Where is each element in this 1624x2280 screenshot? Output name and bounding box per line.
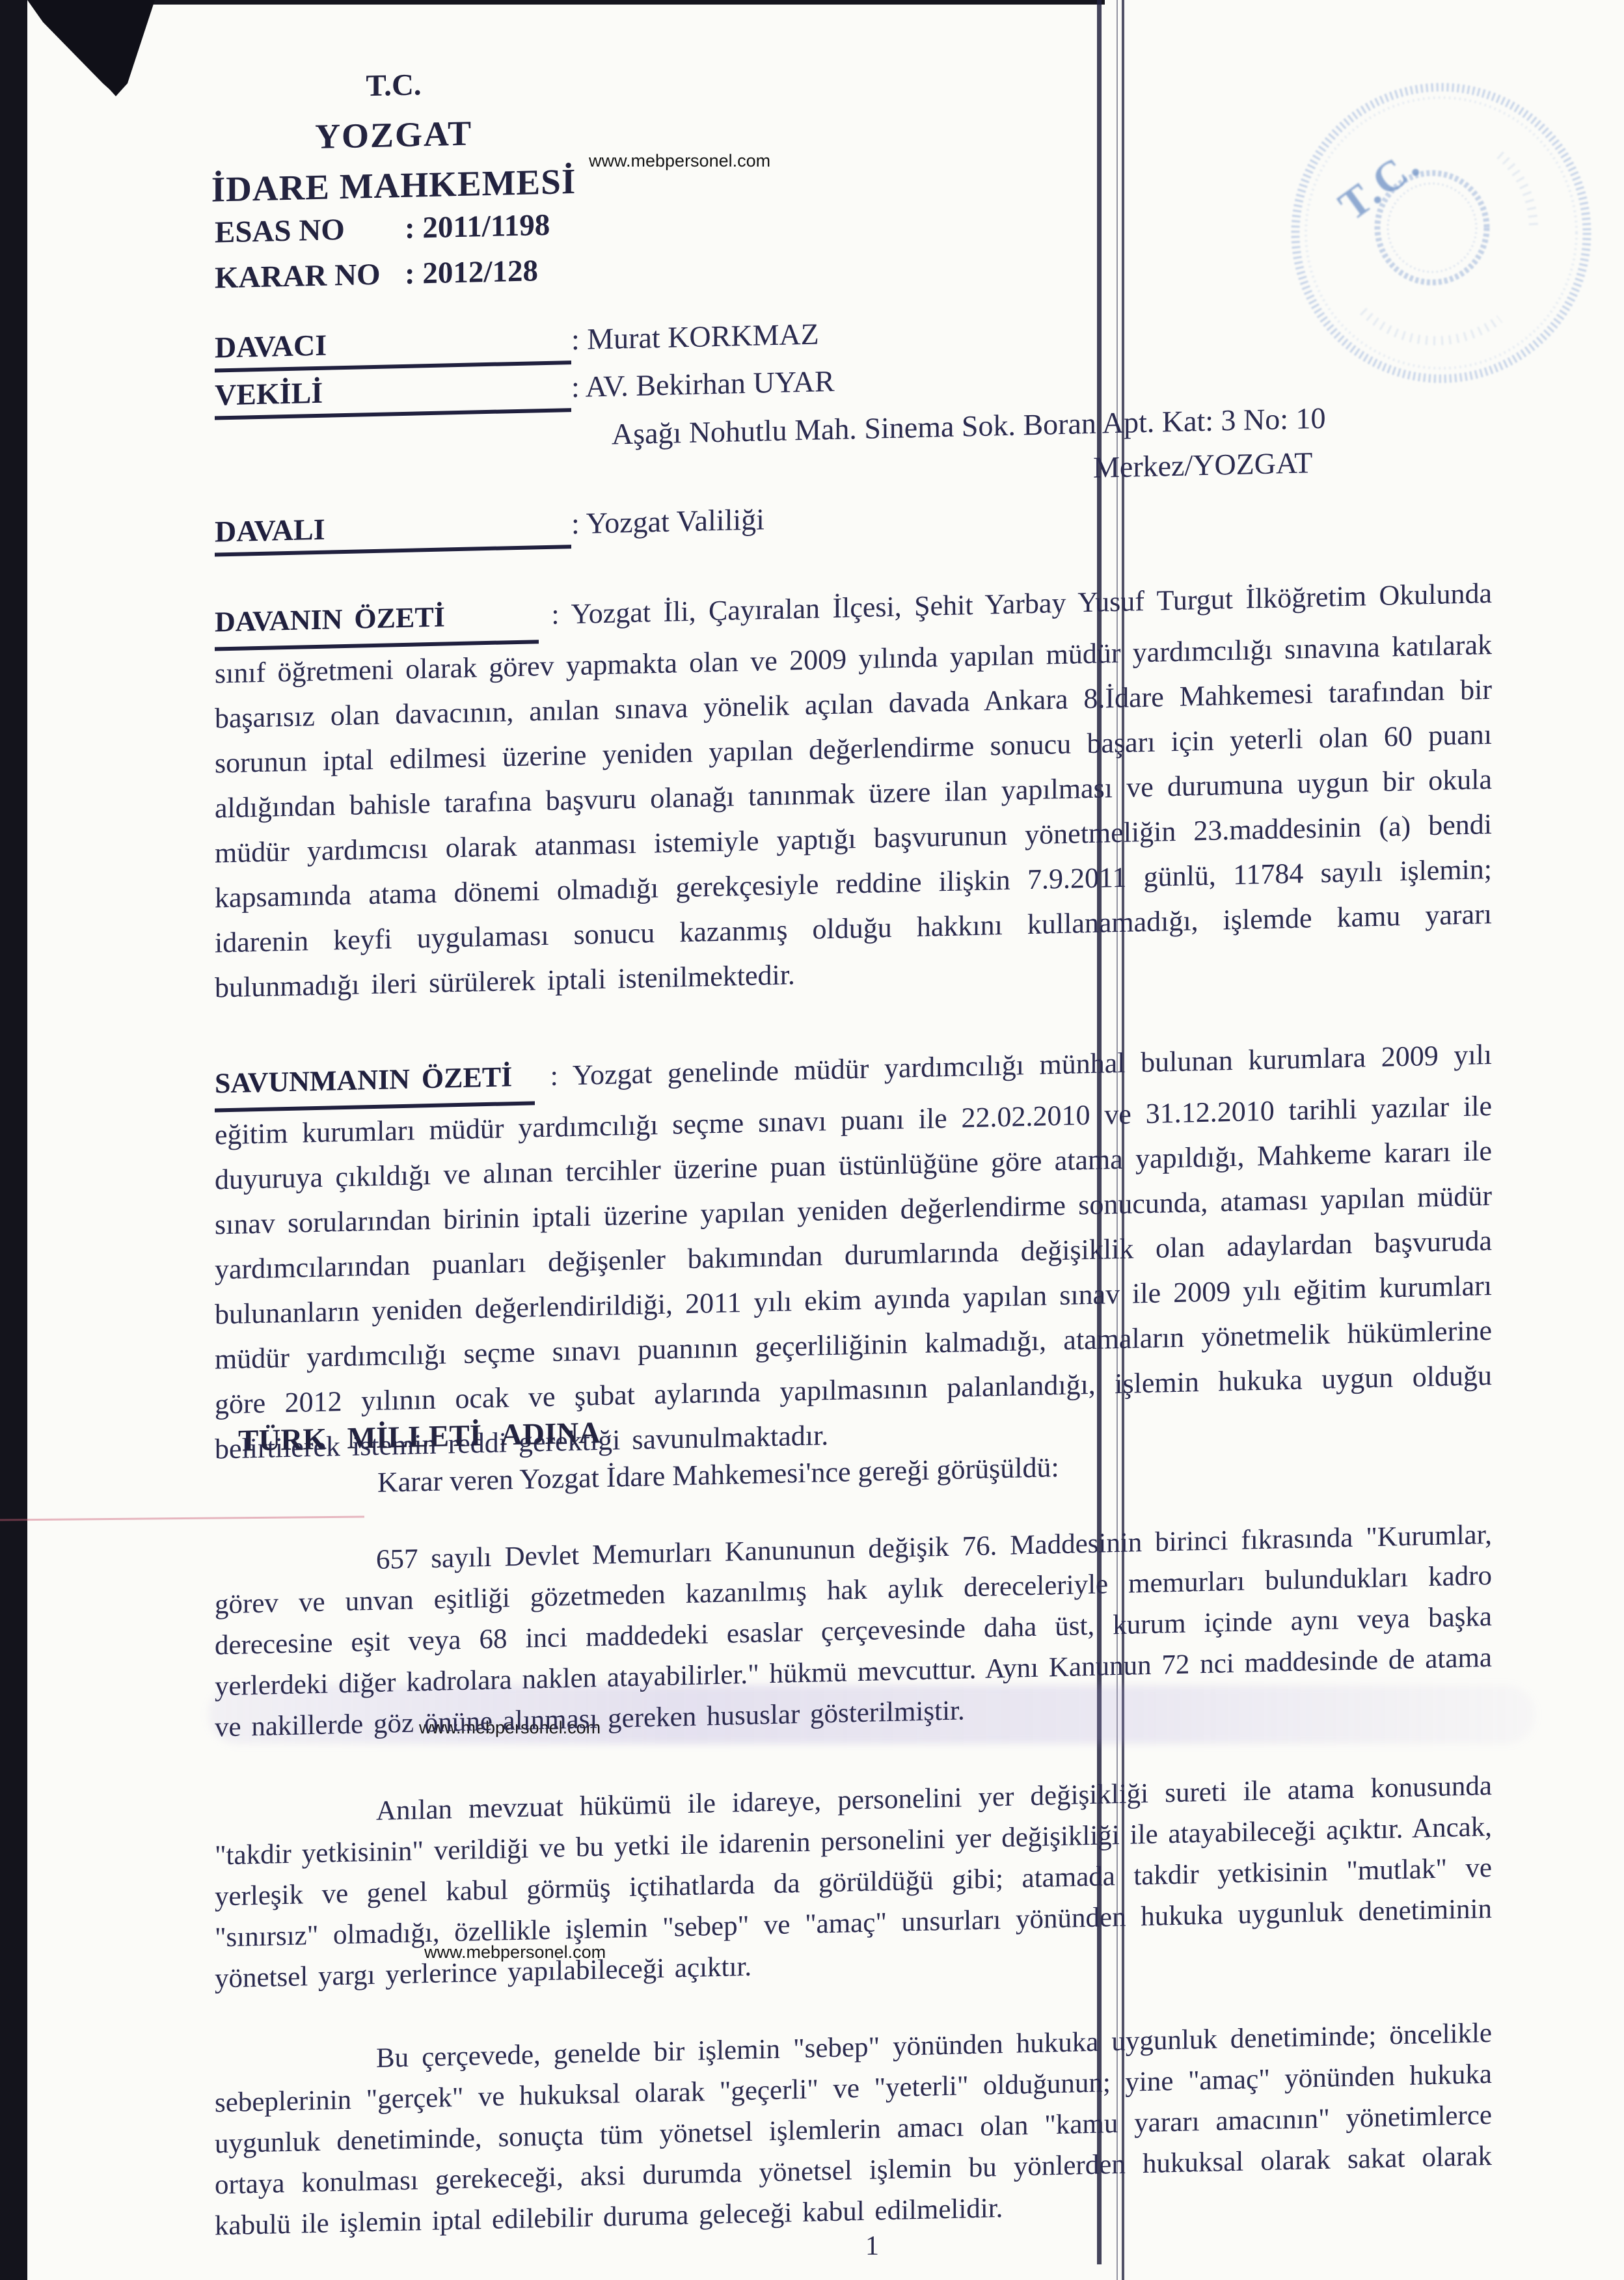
esas-no-row: ESAS NO: 2011/1198 xyxy=(215,208,550,251)
court-header: T.C. YOZGAT İDARE MAHKEMESİ xyxy=(207,57,580,215)
court-city: YOZGAT xyxy=(207,105,580,165)
page-number: 1 xyxy=(865,2231,879,2262)
ruling-paragraph-2: Anılan mevzuat hükümü ile idareye, perso… xyxy=(215,1765,1492,2000)
case-summary-colon: : xyxy=(551,598,559,630)
ruling-paragraph-3: Bu çerçevede, genelde bir işlemin "sebep… xyxy=(215,2013,1492,2247)
karar-no-value: : 2012/128 xyxy=(405,254,538,291)
karar-no-row: KARAR NO: 2012/128 xyxy=(215,253,538,295)
defendant-name: : Yozgat Valiliği xyxy=(571,502,765,540)
attorney-address-line2: Merkez/YOZGAT xyxy=(1093,445,1312,485)
document-text-layer: T.C. YOZGAT İDARE MAHKEMESİ ESAS NO: 201… xyxy=(0,0,1624,2280)
defense-summary-label: SAVUNMANIN ÖZETİ xyxy=(215,1053,535,1112)
defense-summary-colon: : xyxy=(550,1060,558,1092)
karar-no-label: KARAR NO xyxy=(215,256,405,296)
attorney-name: : AV. Bekirhan UYAR xyxy=(571,364,835,403)
court-name: İDARE MAHKEMESİ xyxy=(207,156,580,215)
plaintiff-name: : Murat KORKMAZ xyxy=(571,317,819,356)
esas-no-value: : 2011/1198 xyxy=(405,208,550,245)
republic-abbreviation: T.C. xyxy=(207,57,580,114)
case-summary-label: DAVANIN ÖZETİ xyxy=(215,592,539,651)
attorney-label: VEKİLİ xyxy=(215,370,571,420)
defendant-row: DAVALI: Yozgat Valiliği xyxy=(215,502,765,556)
defense-summary-paragraph: SAVUNMANIN ÖZETİ : Yozgat genelinde müdü… xyxy=(215,1032,1492,1472)
attorney-row: VEKİLİ: AV. Bekirhan UYAR xyxy=(215,364,835,420)
esas-no-label: ESAS NO xyxy=(215,211,405,251)
ruling-paragraph-1: 657 sayılı Devlet Memurları Kanununun de… xyxy=(215,1514,1492,1748)
document-page: T.C. www.mebpersonel.com www.mebpersonel… xyxy=(0,0,1624,2280)
plaintiff-label: DAVACI xyxy=(215,322,571,372)
case-summary-paragraph: DAVANIN ÖZETİ : Yozgat İli, Çayıralan İl… xyxy=(215,571,1492,1011)
plaintiff-row: DAVACI: Murat KORKMAZ xyxy=(215,316,819,372)
defendant-label: DAVALI xyxy=(215,506,571,556)
